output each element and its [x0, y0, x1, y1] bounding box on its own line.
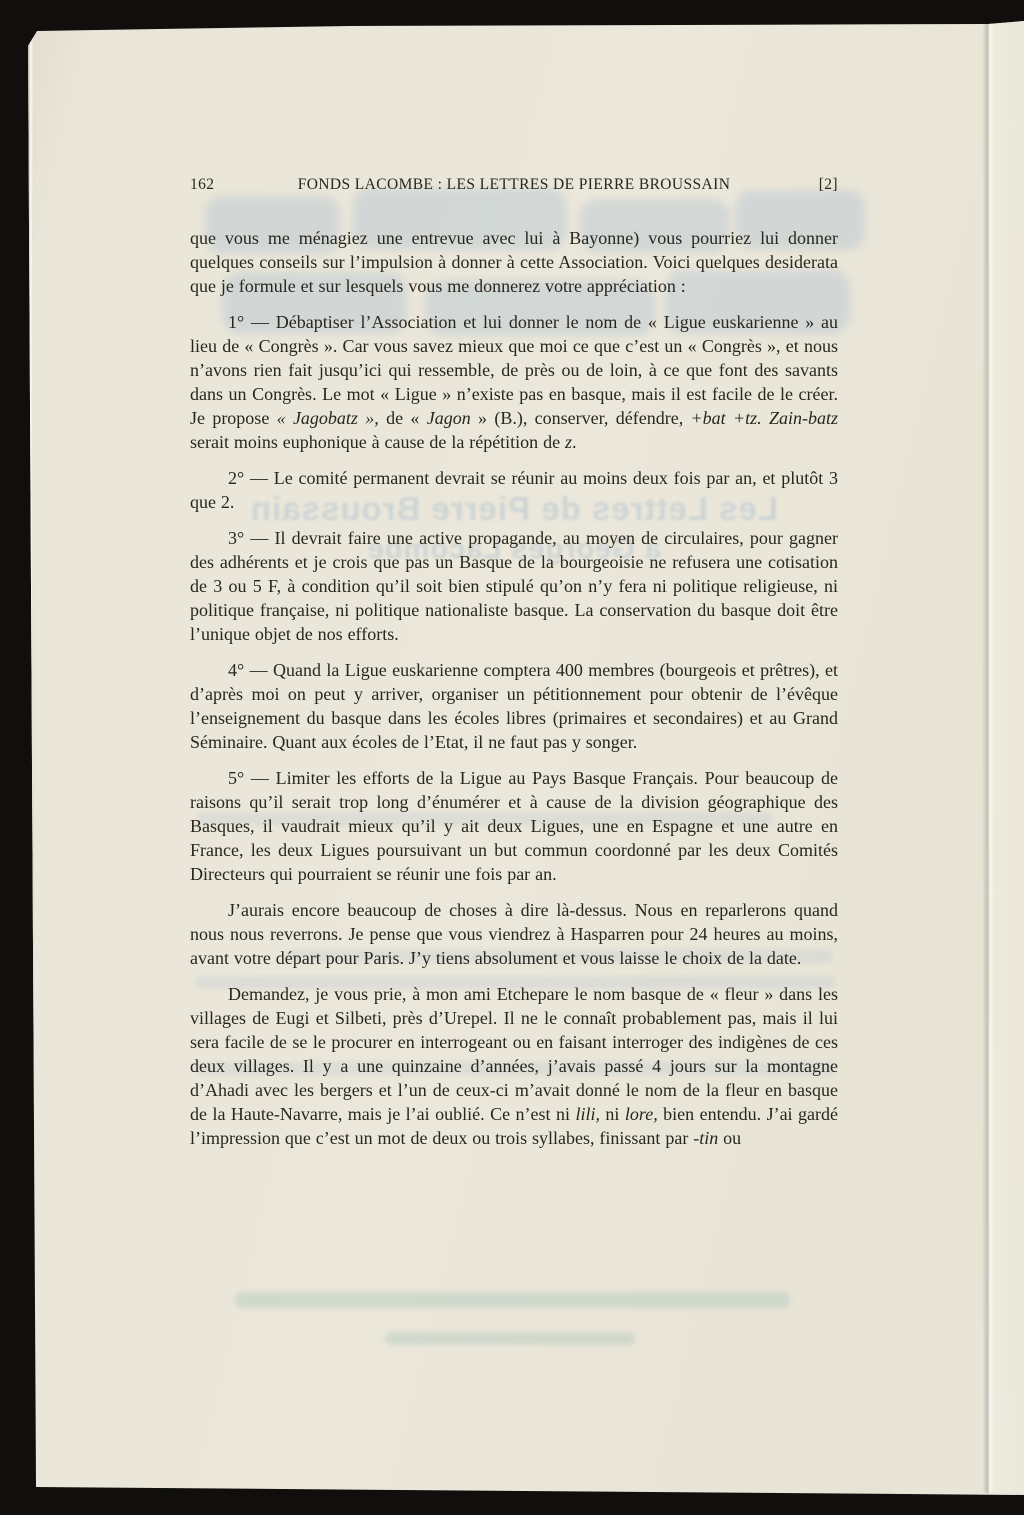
ghost-text-bar	[385, 1332, 635, 1345]
paragraph: 4° — Quand la Ligue euskarienne comptera…	[190, 658, 838, 754]
italic-text-segment: -tin	[693, 1128, 718, 1148]
text-segment: » (B.), conserver, défendre,	[471, 408, 691, 428]
text-segment: que vous me ménagiez une entrevue avec l…	[190, 228, 838, 296]
text-segment: ou	[718, 1128, 741, 1148]
page-crease	[982, 21, 994, 1493]
text-segment: ni	[600, 1104, 625, 1124]
paragraph: 3° — Il devrait faire une active propaga…	[190, 526, 838, 646]
italic-text-segment: « Jagobatz »,	[277, 408, 379, 428]
text-segment: 2° — Le comité permanent devrait se réun…	[190, 468, 838, 512]
running-title: FONDS LACOMBE : LES LETTRES DE PIERRE BR…	[190, 176, 838, 194]
text-segment: J’aurais encore beaucoup de choses à dir…	[190, 900, 838, 968]
text-segment: 4° — Quand la Ligue euskarienne comptera…	[190, 660, 838, 752]
text-segment: 3° — Il devrait faire une active propaga…	[190, 528, 838, 644]
adjacent-page-edge	[991, 21, 1024, 1493]
text-segment: de «	[379, 408, 427, 428]
text-segment: 5° — Limiter les efforts de la Ligue au …	[190, 768, 838, 884]
page-left-edge	[28, 24, 35, 1491]
text-segment: serait moins euphonique à cause de la ré…	[190, 432, 565, 452]
paragraph: 2° — Le comité permanent devrait se réun…	[190, 466, 838, 514]
paragraph: J’aurais encore beaucoup de choses à dir…	[190, 898, 838, 970]
folio-number: [2]	[819, 176, 838, 194]
paragraph: 5° — Limiter les efforts de la Ligue au …	[190, 766, 838, 886]
paragraph: Demandez, je vous prie, à mon ami Etchep…	[190, 982, 838, 1150]
italic-text-segment: +bat +tz. Zain-batz	[691, 408, 838, 428]
article: que vous me ménagiez une entrevue avec l…	[190, 226, 838, 1162]
italic-text-segment: z	[565, 432, 572, 452]
paragraph: 1° — Débaptiser l’Association et lui don…	[190, 310, 838, 454]
text-segment: Demandez, je vous prie, à mon ami Etchep…	[190, 984, 838, 1124]
italic-text-segment: Jagon	[427, 408, 471, 428]
italic-text-segment: lili,	[575, 1104, 600, 1124]
italic-text-segment: lore,	[625, 1104, 658, 1124]
page-header: 162 FONDS LACOMBE : LES LETTRES DE PIERR…	[190, 176, 838, 196]
text-segment: .	[572, 432, 577, 452]
scanned-page-surface: Les Lettres de Pierre Broussain à George…	[0, 0, 1024, 1515]
paragraph: que vous me ménagiez une entrevue avec l…	[190, 226, 838, 298]
ghost-text-bar	[235, 1292, 790, 1308]
